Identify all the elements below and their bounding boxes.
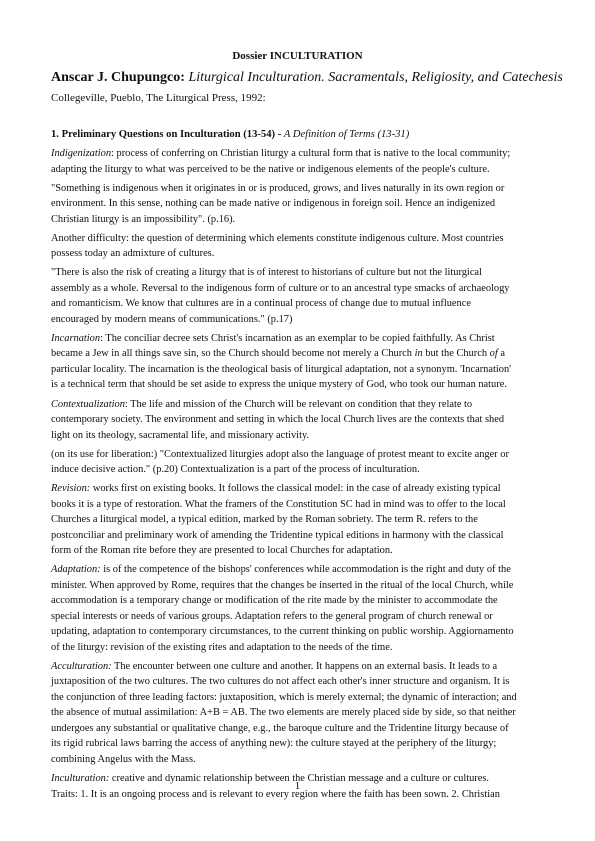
paragraph-adaptation: Adaptation: is of the competence of the … xyxy=(51,562,551,655)
paragraph-text: and romanticism. We know that cultures a… xyxy=(51,296,551,312)
paragraph-text: updating, adaptation to contemporary cir… xyxy=(51,624,551,640)
paragraph-text: its rigid rubrical laws barring the acce… xyxy=(51,736,551,752)
paragraph-text: the absence of mutual assimilation: A+B … xyxy=(51,705,551,721)
paragraph-revision: Revision: works first on existing books.… xyxy=(51,481,551,559)
paragraph-text: particular locality. The incarnation is … xyxy=(51,362,551,378)
book-citation: Anscar J. Chupungco: Liturgical Incultur… xyxy=(51,70,563,86)
paragraph-text: "There is also the risk of creating a li… xyxy=(51,265,551,281)
paragraph-acculturation: Acculturation: The encounter between one… xyxy=(51,659,551,768)
publication-info: Collegeville, Pueblo, The Liturgical Pre… xyxy=(51,92,266,104)
section-heading: 1. Preliminary Questions on Inculturatio… xyxy=(51,127,551,143)
paragraph-text: but the Church xyxy=(423,348,490,359)
paragraph-text: The encounter between one culture and an… xyxy=(112,661,498,672)
page-number: 1 xyxy=(0,780,595,792)
paragraph-liberation: (on its use for liberation:) "Contextual… xyxy=(51,447,551,478)
paragraph-text: minister. When approved by Rome, require… xyxy=(51,578,551,594)
paragraph-text: encouraged by modern means of communicat… xyxy=(51,312,551,328)
paragraph-text: of the liturgy: revision of the existing… xyxy=(51,640,551,656)
emphasis-of: of xyxy=(490,348,498,359)
paragraph-text: the conjunction of three leading factors… xyxy=(51,690,551,706)
paragraph-text: : process of conferring on Christian lit… xyxy=(111,148,510,159)
paragraph-quote-p16: "Something is indigenous when it origina… xyxy=(51,181,551,228)
term-adaptation: Adaptation: xyxy=(51,564,101,575)
paragraph-text: "Something is indigenous when it origina… xyxy=(51,181,551,197)
paragraph-text: Another difficulty: the question of dete… xyxy=(51,231,551,247)
paragraph-text: became a Jew in all things save sin, so … xyxy=(51,348,415,359)
paragraph-indigenization: Indigenization: process of conferring on… xyxy=(51,146,551,177)
paragraph-text: special interests or needs of various gr… xyxy=(51,609,551,625)
book-title: Liturgical Inculturation. Sacramentals, … xyxy=(188,70,562,85)
section-separator: - xyxy=(275,129,284,140)
paragraph-text: (on its use for liberation:) "Contextual… xyxy=(51,447,551,463)
document-body: 1. Preliminary Questions on Inculturatio… xyxy=(51,127,551,806)
term-contextualization: Contextualization xyxy=(51,399,125,410)
paragraph-text: Christian liturgy is an impossibility". … xyxy=(51,212,551,228)
section-subtitle: A Definition of Terms (13-31) xyxy=(284,129,409,140)
paragraph-text: contemporary society. The environment an… xyxy=(51,412,551,428)
paragraph-text: induce decisive action." (p.20) Contextu… xyxy=(51,462,551,478)
paragraph-text: books it is a type of restoration. What … xyxy=(51,497,551,513)
paragraph-text: accommodation is a temporary change or m… xyxy=(51,593,551,609)
paragraph-text: : The life and mission of the Church wil… xyxy=(125,399,472,410)
paragraph-text: a xyxy=(498,348,505,359)
paragraph-text: assembly as a whole. Reversal to the ind… xyxy=(51,281,551,297)
paragraph-quote-p17: "There is also the risk of creating a li… xyxy=(51,265,551,327)
paragraph-text: combining Angelus with the Mass. xyxy=(51,752,551,768)
paragraph-text: possess today an admixture of cultures. xyxy=(51,246,551,262)
paragraph-text: form of the Roman rite before they are p… xyxy=(51,543,551,559)
emphasis-in: in xyxy=(415,348,423,359)
paragraph-text: : The conciliar decree sets Christ's inc… xyxy=(100,333,495,344)
paragraph-text: Churches a liturgical model, a typical e… xyxy=(51,512,551,528)
paragraph-text: is a technical term that should be set a… xyxy=(51,377,551,393)
paragraph-text: juxtaposition of the two cultures. The t… xyxy=(51,674,551,690)
paragraph-text: adapting the liturgy to what was perceiv… xyxy=(51,162,551,178)
term-indigenization: Indigenization xyxy=(51,148,111,159)
paragraph-incarnation: Incarnation: The conciliar decree sets C… xyxy=(51,331,551,393)
paragraph-contextualization: Contextualization: The life and mission … xyxy=(51,397,551,444)
paragraph-text: environment. In this sense, nothing can … xyxy=(51,196,551,212)
term-revision: Revision: xyxy=(51,483,90,494)
paragraph-text: is of the competence of the bishops' con… xyxy=(101,564,511,575)
paragraph-text: works first on existing books. It follow… xyxy=(90,483,500,494)
term-incarnation: Incarnation xyxy=(51,333,100,344)
paragraph-text: light on its theology, sacramental life,… xyxy=(51,428,551,444)
document-header: Dossier INCULTURATION xyxy=(0,50,595,62)
section-title: 1. Preliminary Questions on Inculturatio… xyxy=(51,129,275,140)
paragraph-text: undergoes any substantial or qualitative… xyxy=(51,721,551,737)
paragraph-another-difficulty: Another difficulty: the question of dete… xyxy=(51,231,551,262)
term-acculturation: Acculturation: xyxy=(51,661,112,672)
paragraph-text: postconciliar and preliminary work of am… xyxy=(51,528,551,544)
author-name: Anscar J. Chupungco: xyxy=(51,70,185,85)
